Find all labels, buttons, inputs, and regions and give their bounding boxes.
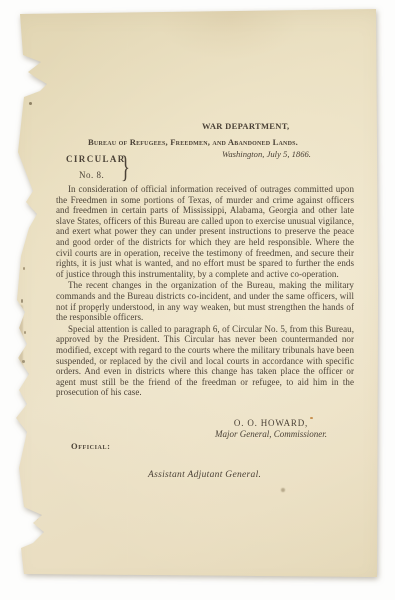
torn-edge-shading bbox=[26, 513, 38, 520]
paragraph-2: The recent changes in the organization o… bbox=[56, 280, 354, 322]
paper-shadow: WAR DEPARTMENT, Bureau of Refugees, Free… bbox=[0, 0, 395, 600]
stain-speck bbox=[29, 102, 32, 105]
circular-number: No. 8. bbox=[79, 170, 104, 180]
circular-brace: } bbox=[121, 149, 130, 185]
signature-title: Major General, Commissioner. bbox=[210, 429, 332, 439]
header-department: WAR DEPARTMENT, bbox=[202, 121, 289, 131]
stain-speck bbox=[24, 331, 26, 334]
scanned-document-page: WAR DEPARTMENT, Bureau of Refugees, Free… bbox=[0, 0, 395, 600]
signature-name: O. O. HOWARD, bbox=[210, 418, 332, 428]
attest-title: Assistant Adjutant General. bbox=[148, 470, 261, 480]
body-text: In consideration of official information… bbox=[56, 184, 354, 399]
stain-speck bbox=[21, 299, 23, 303]
stain-speck bbox=[23, 267, 25, 270]
paragraph-1: In consideration of official information… bbox=[56, 184, 354, 279]
stain-speck bbox=[281, 488, 285, 492]
torn-edge-shading bbox=[19, 305, 23, 383]
torn-edge-shading bbox=[24, 211, 34, 216]
signature-block: O. O. HOWARD, Major General, Commissione… bbox=[210, 418, 332, 439]
stain-speck bbox=[96, 310, 98, 312]
header-dateline: Washington, July 5, 1866. bbox=[222, 149, 311, 159]
official-label: Official: bbox=[71, 441, 111, 451]
header-bureau: Bureau of Refugees, Freedmen, and Abando… bbox=[88, 137, 298, 147]
torn-edge-shading bbox=[22, 87, 36, 93]
paragraph-3: Special attention is called to paragraph… bbox=[56, 324, 354, 398]
stain-speck bbox=[310, 417, 313, 419]
circular-label: CIRCULAR bbox=[66, 154, 126, 164]
aged-paper-sheet: WAR DEPARTMENT, Bureau of Refugees, Free… bbox=[0, 0, 395, 600]
